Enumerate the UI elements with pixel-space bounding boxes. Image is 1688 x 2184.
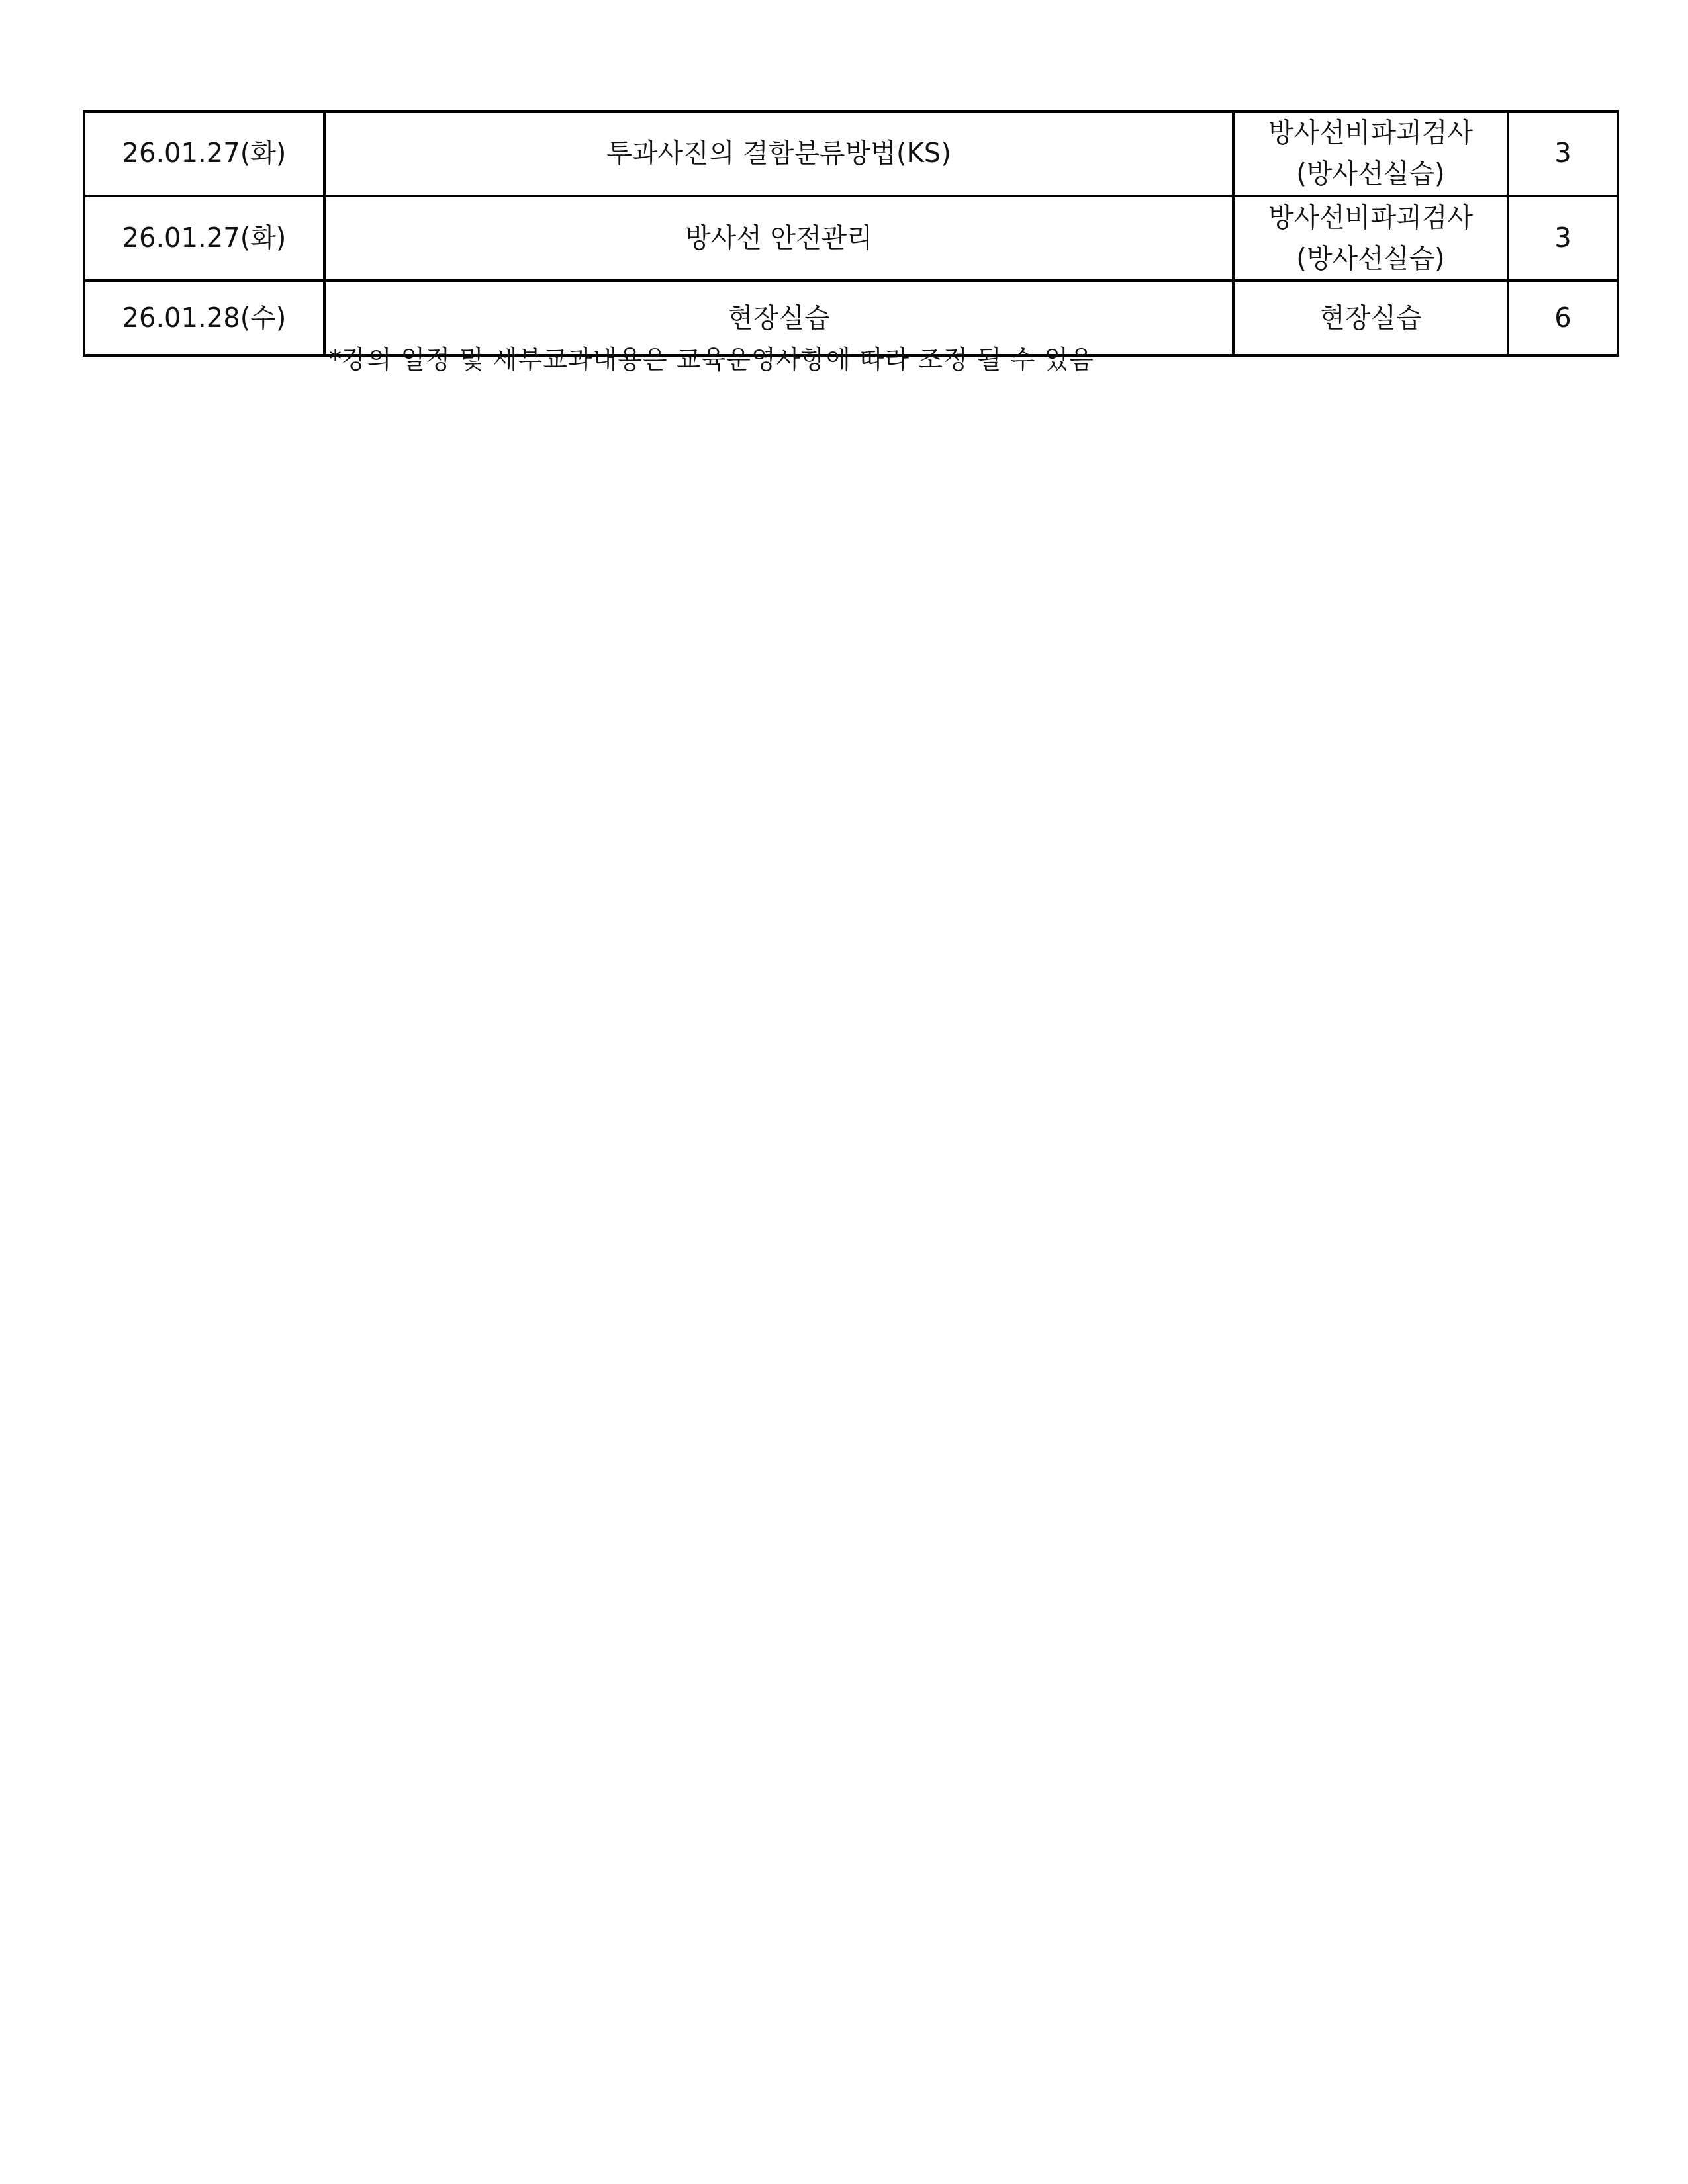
hours-cell: 3 bbox=[1508, 196, 1618, 281]
hours-value: 3 bbox=[1509, 218, 1617, 258]
document-page: 26.01.27(화) 투과사진의 결함분류방법(KS) 방사선비파괴검사 (방… bbox=[0, 0, 1688, 2184]
course-title: 방사선 안전관리 bbox=[326, 218, 1232, 258]
category-cell: 현장실습 bbox=[1233, 281, 1508, 355]
hours-value: 6 bbox=[1509, 298, 1617, 338]
date-cell: 26.01.27(화) bbox=[84, 196, 324, 281]
date-text: 26.01.27(화) bbox=[85, 134, 323, 173]
course-schedule-table: 26.01.27(화) 투과사진의 결함분류방법(KS) 방사선비파괴검사 (방… bbox=[83, 110, 1619, 357]
category-line-1: 현장실습 bbox=[1235, 298, 1507, 338]
category-line-2: (방사선실습) bbox=[1235, 238, 1507, 279]
schedule-footnote: *강의 일정 및 세부교과내용은 교육운영사항에 따라 조정 될 수 있음 bbox=[329, 342, 1094, 377]
category-line-1: 방사선비파괴검사 bbox=[1235, 197, 1507, 238]
course-title: 투과사진의 결함분류방법(KS) bbox=[326, 134, 1232, 173]
table-row: 26.01.27(화) 투과사진의 결함분류방법(KS) 방사선비파괴검사 (방… bbox=[84, 111, 1618, 196]
title-cell: 투과사진의 결함분류방법(KS) bbox=[324, 111, 1233, 196]
date-text: 26.01.28(수) bbox=[85, 298, 323, 338]
date-cell: 26.01.28(수) bbox=[84, 281, 324, 355]
date-text: 26.01.27(화) bbox=[85, 218, 323, 258]
table-row: 26.01.27(화) 방사선 안전관리 방사선비파괴검사 (방사선실습) 3 bbox=[84, 196, 1618, 281]
hours-cell: 3 bbox=[1508, 111, 1618, 196]
course-title: 현장실습 bbox=[326, 298, 1232, 338]
category-cell: 방사선비파괴검사 (방사선실습) bbox=[1233, 196, 1508, 281]
category-line-2: (방사선실습) bbox=[1235, 154, 1507, 195]
category-cell: 방사선비파괴검사 (방사선실습) bbox=[1233, 111, 1508, 196]
category-line-1: 방사선비파괴검사 bbox=[1235, 113, 1507, 154]
hours-cell: 6 bbox=[1508, 281, 1618, 355]
title-cell: 방사선 안전관리 bbox=[324, 196, 1233, 281]
date-cell: 26.01.27(화) bbox=[84, 111, 324, 196]
hours-value: 3 bbox=[1509, 134, 1617, 173]
